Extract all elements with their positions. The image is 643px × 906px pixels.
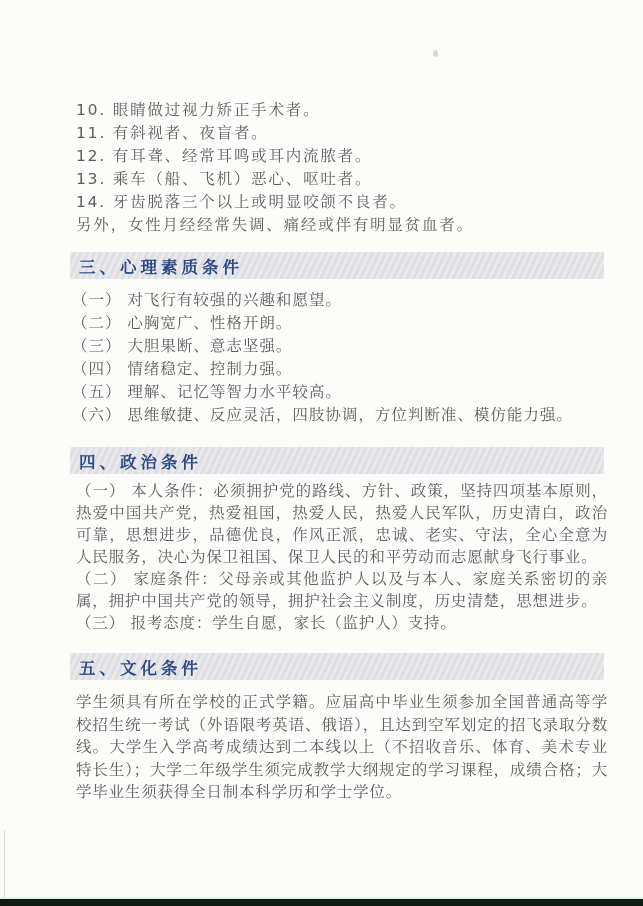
psychological-condition-item: （一） 对飞行有较强的兴趣和愿望。 xyxy=(72,289,604,312)
political-condition-paragraph: （二） 家庭条件：父母亲或其他监护人以及与本人、家庭关系密切的亲属，拥护中国共产… xyxy=(76,568,608,612)
psychological-condition-item: （五） 理解、记忆等智力水平较高。 xyxy=(72,381,604,404)
section-heading-psychological: 三、心理素质条件 xyxy=(70,254,243,278)
psychological-condition-item: （三） 大胆果断、意志坚强。 xyxy=(72,335,604,358)
scan-speck-artifact xyxy=(433,50,438,57)
physical-condition-line: 另外，女性月经经常失调、痛经或伴有明显贫血者。 xyxy=(76,214,608,237)
psychological-condition-item: （六） 思维敏捷、反应灵活，四肢协调，方位判断准、模仿能力强。 xyxy=(72,404,604,427)
psychological-condition-list: （一） 对飞行有较强的兴趣和愿望。（二） 心胸宽广、性格开朗。（三） 大胆果断、… xyxy=(72,289,604,427)
psychological-condition-item: （二） 心胸宽广、性格开朗。 xyxy=(72,312,604,335)
political-condition-paragraphs: （一） 本人条件：必须拥护党的路线、方针、政策，坚持四项基本原则，热爱中国共产党… xyxy=(76,480,608,634)
section-heading-band-psychological: 三、心理素质条件 xyxy=(70,252,604,279)
bottom-scan-bar xyxy=(0,899,643,906)
section-heading-band-political: 四、政治条件 xyxy=(70,447,604,474)
physical-condition-list: 10. 眼睛做过视力矫正手术者。11. 有斜视者、夜盲者。12. 有耳聋、经常耳… xyxy=(76,99,608,237)
political-condition-paragraph: （三） 报考态度：学生自愿，家长（监护人）支持。 xyxy=(76,612,608,634)
cultural-condition-paragraph: 学生须具有所在学校的正式学籍。应届高中毕业生须参加全国普通高等学校招生统一考试（… xyxy=(76,691,608,804)
scan-edge-artifact xyxy=(4,830,5,898)
physical-condition-line: 11. 有斜视者、夜盲者。 xyxy=(76,122,608,145)
physical-condition-line: 10. 眼睛做过视力矫正手术者。 xyxy=(76,99,608,122)
cultural-condition-paragraphs: 学生须具有所在学校的正式学籍。应届高中毕业生须参加全国普通高等学校招生统一考试（… xyxy=(76,691,608,804)
document-page: 10. 眼睛做过视力矫正手术者。11. 有斜视者、夜盲者。12. 有耳聋、经常耳… xyxy=(0,0,643,906)
section-heading-band-cultural: 五、文化条件 xyxy=(70,653,604,680)
section-heading-cultural: 五、文化条件 xyxy=(70,655,202,679)
psychological-condition-item: （四） 情绪稳定、控制力强。 xyxy=(72,358,604,381)
physical-condition-line: 12. 有耳聋、经常耳鸣或耳内流脓者。 xyxy=(76,145,608,168)
section-heading-political: 四、政治条件 xyxy=(70,449,202,473)
physical-condition-line: 13. 乘车（船、飞机）恶心、呕吐者。 xyxy=(76,168,608,191)
political-condition-paragraph: （一） 本人条件：必须拥护党的路线、方针、政策，坚持四项基本原则，热爱中国共产党… xyxy=(76,480,608,568)
physical-condition-line: 14. 牙齿脱落三个以上或明显咬颌不良者。 xyxy=(76,191,608,214)
